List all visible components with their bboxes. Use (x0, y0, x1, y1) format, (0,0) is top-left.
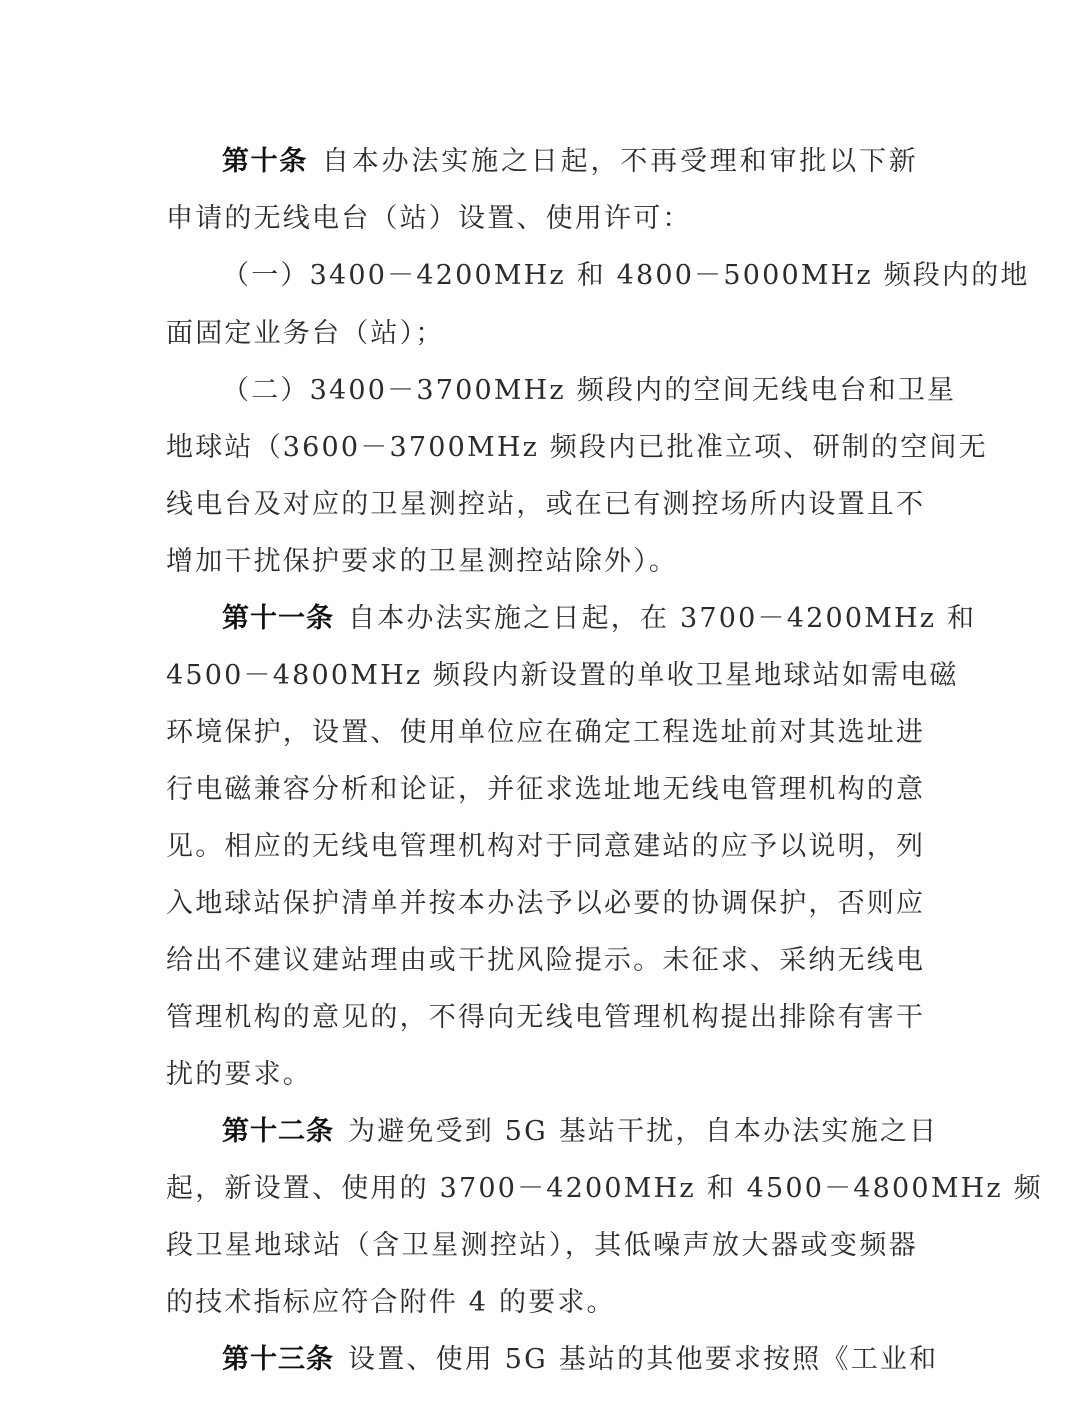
article-12-line-4: 的技术指标应符合附件 4 的要求。 (166, 1283, 918, 1323)
article-11-line-8: 管理机构的意见的，不得向无线电管理机构提出排除有害干 (166, 998, 918, 1038)
article-11-heading: 第十一条 (222, 603, 334, 634)
article-13-line-1: 第十三条设置、使用 5G 基站的其他要求按照《工业和 (222, 1340, 918, 1380)
item-2-line-4: 增加干扰保护要求的卫星测控站除外）。 (166, 542, 918, 582)
article-12-line-1: 第十二条为避免受到 5G 基站干扰，自本办法实施之日 (222, 1112, 918, 1152)
article-11-line-9: 扰的要求。 (166, 1055, 918, 1095)
article-12-line-2: 起，新设置、使用的 3700－4200MHz 和 4500－4800MHz 频 (166, 1169, 918, 1209)
article-11-text: 自本办法实施之日起，在 3700－4200MHz 和 (348, 603, 976, 634)
article-12-text: 为避免受到 5G 基站干扰，自本办法实施之日 (348, 1116, 938, 1147)
article-10-heading: 第十条 (222, 146, 308, 177)
article-11-line-7: 给出不建议建站理由或干扰风险提示。未征求、采纳无线电 (166, 941, 918, 981)
article-10-text: 自本办法实施之日起，不再受理和审批以下新 (322, 146, 918, 177)
item-2-line-2: 地球站（3600－3700MHz 频段内已批准立项、研制的空间无 (166, 428, 918, 468)
article-11-line-5: 见。相应的无线电管理机构对于同意建站的应予以说明，列 (166, 827, 918, 867)
item-1-line-1: （一）3400－4200MHz 和 4800－5000MHz 频段内的地 (222, 256, 918, 296)
article-12-heading: 第十二条 (222, 1116, 334, 1147)
document-page: 第十条自本办法实施之日起，不再受理和审批以下新 申请的无线电台（站）设置、使用许… (0, 0, 1080, 1407)
item-1-line-2: 面固定业务台（站）； (166, 314, 918, 354)
article-10-line-1: 第十条自本办法实施之日起，不再受理和审批以下新 (222, 142, 918, 182)
article-13-heading: 第十三条 (222, 1344, 334, 1375)
article-11-line-3: 环境保护，设置、使用单位应在确定工程选址前对其选址进 (166, 713, 918, 753)
item-2-line-1: （二）3400－3700MHz 频段内的空间无线电台和卫星 (222, 371, 918, 411)
article-11-line-2: 4500－4800MHz 频段内新设置的单收卫星地球站如需电磁 (166, 656, 918, 696)
article-11-line-4: 行电磁兼容分析和论证，并征求选址地无线电管理机构的意 (166, 770, 918, 810)
item-2-line-3: 线电台及对应的卫星测控站，或在已有测控场所内设置且不 (166, 485, 918, 525)
article-12-line-3: 段卫星地球站（含卫星测控站），其低噪声放大器或变频器 (166, 1226, 918, 1266)
article-13-text: 设置、使用 5G 基站的其他要求按照《工业和 (348, 1344, 938, 1375)
article-11-line-6: 入地球站保护清单并按本办法予以必要的协调保护，否则应 (166, 884, 918, 924)
article-11-line-1: 第十一条自本办法实施之日起，在 3700－4200MHz 和 (222, 599, 918, 639)
article-10-line-2: 申请的无线电台（站）设置、使用许可： (166, 199, 918, 239)
